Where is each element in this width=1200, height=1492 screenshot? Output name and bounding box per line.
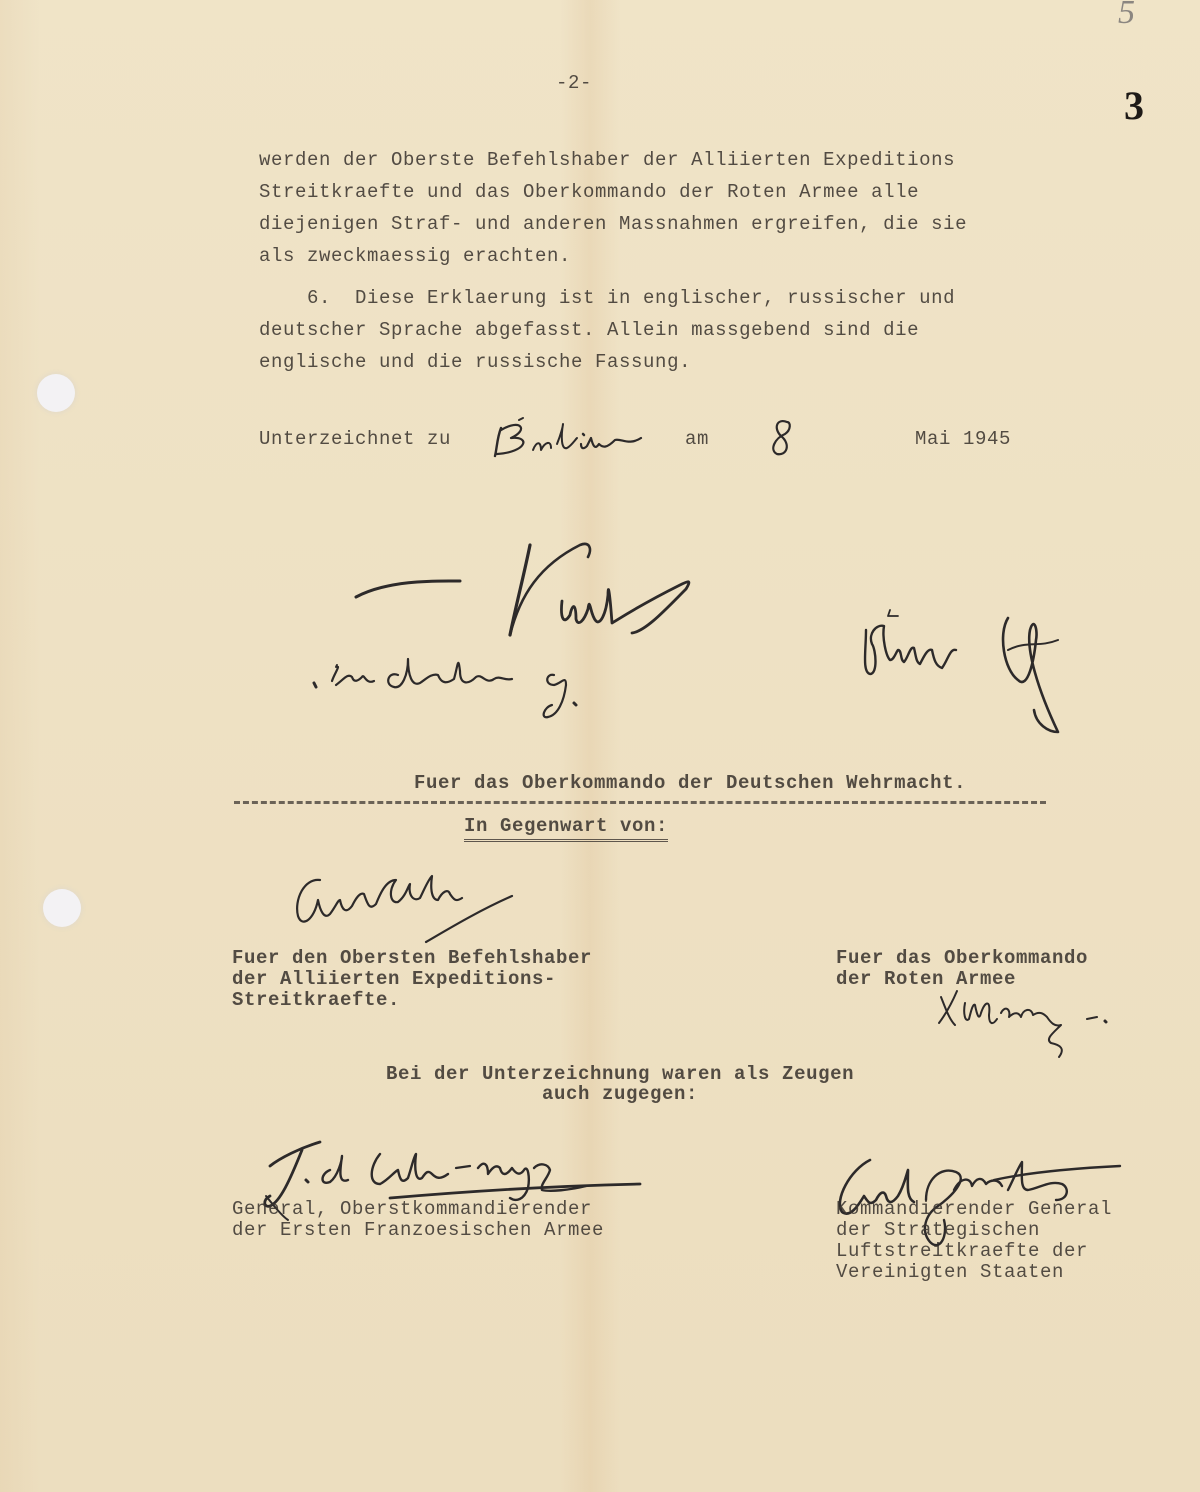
signing-am: am — [685, 428, 709, 450]
caption-line: Luftstreitkraefte der — [836, 1241, 1112, 1262]
us-air-forces-caption: Kommandierender General der Strategische… — [836, 1199, 1112, 1283]
caption-line: General, Oberstkommandierender — [232, 1199, 604, 1220]
text-line: 6. Diese Erklaerung ist in englischer, r… — [259, 282, 955, 314]
allied-expeditionary-caption: Fuer den Obersten Befehlshaber der Allii… — [232, 948, 592, 1011]
text-line: werden der Oberste Befehlshaber der Alli… — [259, 144, 967, 176]
text-line: deutscher Sprache abgefasst. Allein mass… — [259, 314, 955, 346]
signing-date: Mai 1945 — [915, 428, 1011, 450]
page-marker: -2- — [556, 72, 592, 94]
separator-dashed-line — [234, 801, 1046, 804]
signature-zhukov — [935, 985, 1115, 1065]
signature-tedder — [290, 870, 520, 940]
in-presence-of-heading: In Gegenwart von: — [464, 815, 668, 842]
text-line: Streitkraefte und das Oberkommando der R… — [259, 176, 967, 208]
hole-punch-bottom — [43, 889, 81, 927]
handwritten-place-berlin — [491, 416, 651, 466]
paragraph-continuation: werden der Oberste Befehlshaber der Alli… — [259, 144, 967, 272]
caption-line: der Strategischen — [836, 1220, 1112, 1241]
signing-prefix: Unterzeichnet zu — [259, 428, 451, 450]
caption-line: der Ersten Franzoesischen Armee — [232, 1220, 604, 1241]
handwritten-day-8 — [765, 416, 799, 464]
caption-line: Kommandierender General — [836, 1199, 1112, 1220]
signature-stumpff — [858, 600, 1068, 740]
pencil-page-number: 5 — [1118, 0, 1135, 32]
signature-keitel — [350, 535, 830, 645]
caption-line: der Alliierten Expeditions- — [232, 969, 592, 990]
text-line: englische und die russische Fassung. — [259, 346, 955, 378]
paragraph-6: 6. Diese Erklaerung ist in englischer, r… — [259, 282, 955, 378]
caption-line: Fuer das Oberkommando — [836, 948, 1088, 969]
text-line: als zweckmaessig erachten. — [259, 240, 967, 272]
caption-line: Vereinigten Staaten — [836, 1262, 1112, 1283]
french-army-caption: General, Oberstkommandierender der Erste… — [232, 1199, 604, 1241]
caption-line: Streitkraefte. — [232, 990, 592, 1011]
signature-friedeburg — [308, 645, 688, 725]
witnesses-intro: Bei der Unterzeichnung waren als Zeugen … — [386, 1064, 854, 1104]
caption-line: auch zugegen: — [386, 1084, 854, 1104]
caption-line: Fuer den Obersten Befehlshaber — [232, 948, 592, 969]
caption-line: Bei der Unterzeichnung waren als Zeugen — [386, 1064, 854, 1084]
text-line: diejenigen Straf- und anderen Massnahmen… — [259, 208, 967, 240]
signing-line: Unterzeichnet zu am Mai 1945 — [259, 428, 1039, 468]
stamped-page-number: 3 — [1124, 82, 1144, 129]
hole-punch-top — [37, 374, 75, 412]
red-army-caption: Fuer das Oberkommando der Roten Armee — [836, 948, 1088, 990]
german-wehrmacht-caption: Fuer das Oberkommando der Deutschen Wehr… — [414, 772, 966, 794]
